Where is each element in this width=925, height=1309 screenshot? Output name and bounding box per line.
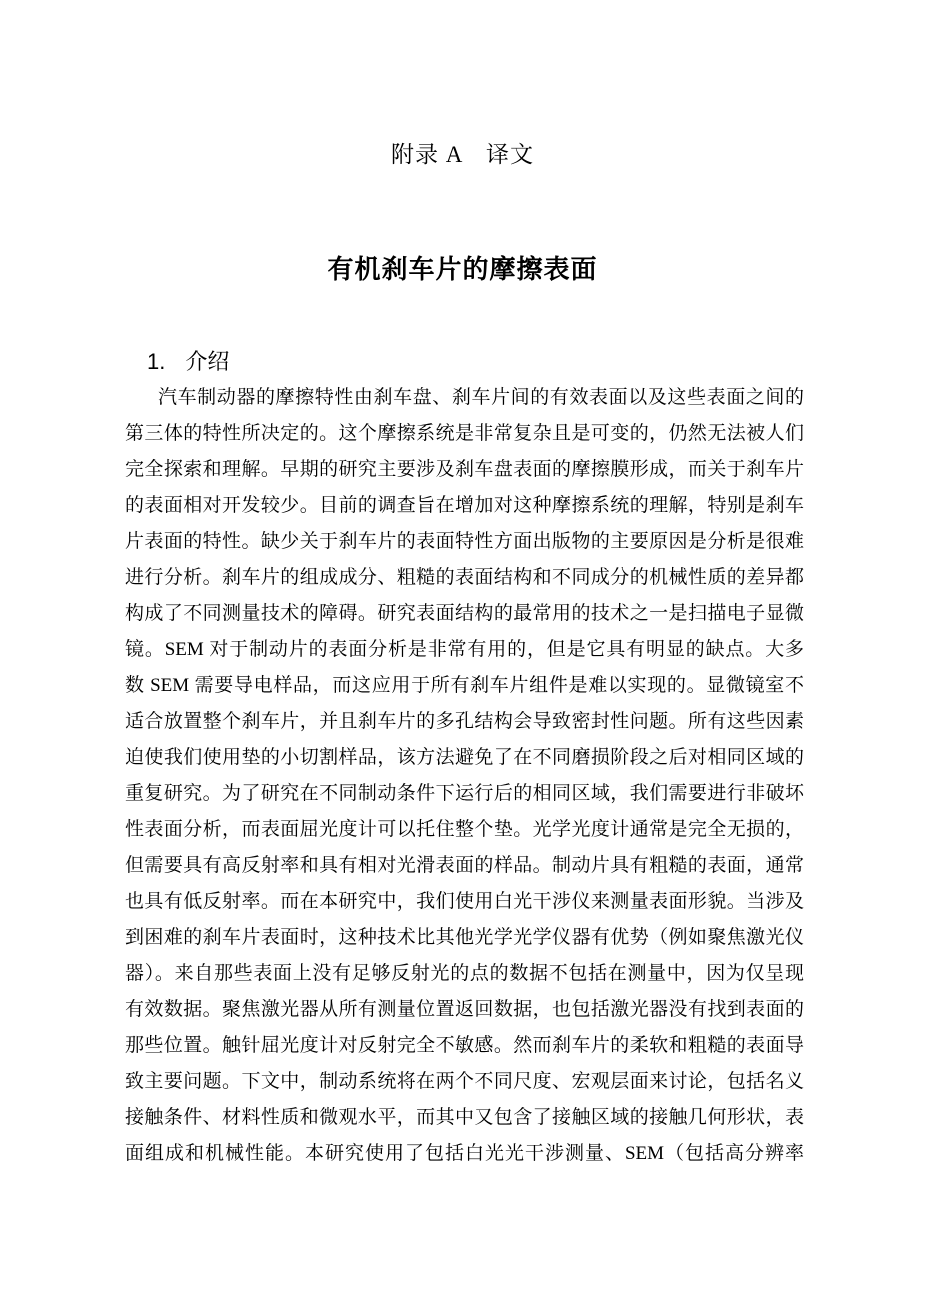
paragraph-line: 完全探索和理解。早期的研究主要涉及刹车盘表面的摩擦膜形成，而关于刹车片 (125, 452, 804, 488)
paragraph-line: 致主要问题。下文中，制动系统将在两个不同尺度、宏观层面来讨论，包括名义 (125, 1064, 804, 1100)
paragraph-line: 第三体的特性所决定的。这个摩擦系统是非常复杂且是可变的，仍然无法被人们 (125, 416, 804, 452)
paragraph-line: 但需要具有高反射率和具有相对光滑表面的样品。制动片具有粗糙的表面，通常 (125, 848, 804, 884)
article-title: 有机刹车片的摩擦表面 (0, 249, 925, 286)
appendix-title: 附录 A 译文 (0, 136, 925, 169)
section-title: 介绍 (185, 349, 229, 374)
paragraph-line: 器）。来自那些表面上没有足够反射光的点的数据不包括在测量中，因为仅呈现 (125, 956, 804, 992)
section-number: 1. (147, 349, 165, 374)
paragraph-line: 有效数据。聚焦激光器从所有测量位置返回数据，也包括激光器没有找到表面的 (125, 992, 804, 1028)
paragraph-line: 重复研究。为了研究在不同制动条件下运行后的相同区域，我们需要进行非破坏 (125, 776, 804, 812)
paragraph: 汽车制动器的摩擦特性由刹车盘、刹车片间的有效表面以及这些表面之间的第三体的特性所… (125, 380, 804, 1172)
paragraph-line: 接触条件、材料性质和微观水平，而其中又包含了接触区域的接触几何形状，表 (125, 1100, 804, 1136)
paragraph-line: 那些位置。触针屈光度计对反射完全不敏感。然而刹车片的柔软和粗糙的表面导 (125, 1028, 804, 1064)
paragraph-line: 到困难的刹车片表面时，这种技术比其他光学光学仪器有优势（例如聚焦激光仪 (125, 920, 804, 956)
paragraph-line: 面组成和机械性能。本研究使用了包括白光光干涉测量、SEM（包括高分辨率 (125, 1136, 804, 1172)
paragraph-line: 进行分析。刹车片的组成成分、粗糙的表面结构和不同成分的机械性质的差异都 (125, 560, 804, 596)
section-heading: 1.介绍 (147, 345, 229, 376)
paragraph-line: 镜。SEM 对于制动片的表面分析是非常有用的，但是它具有明显的缺点。大多 (125, 632, 804, 668)
paragraph-line: 也具有低反射率。而在本研究中，我们使用白光干涉仪来测量表面形貌。当涉及 (125, 884, 804, 920)
paragraph-line: 性表面分析，而表面屈光度计可以托住整个垫。光学光度计通常是完全无损的， (125, 812, 804, 848)
document-page: 附录 A 译文 有机刹车片的摩擦表面 1.介绍 汽车制动器的摩擦特性由刹车盘、刹… (0, 0, 925, 1309)
paragraph-line: 适合放置整个刹车片，并且刹车片的多孔结构会导致密封性问题。所有这些因素 (125, 704, 804, 740)
paragraph-line: 构成了不同测量技术的障碍。研究表面结构的最常用的技术之一是扫描电子显微 (125, 596, 804, 632)
paragraph-line: 数 SEM 需要导电样品，而这应用于所有刹车片组件是难以实现的。显微镜室不 (125, 668, 804, 704)
paragraph-line: 的表面相对开发较少。目前的调查旨在增加对这种摩擦系统的理解，特别是刹车 (125, 488, 804, 524)
paragraph-line: 片表面的特性。缺少关于刹车片的表面特性方面出版物的主要原因是分析是很难 (125, 524, 804, 560)
paragraph-line: 汽车制动器的摩擦特性由刹车盘、刹车片间的有效表面以及这些表面之间的 (125, 380, 804, 416)
paragraph-line: 迫使我们使用垫的小切割样品，该方法避免了在不同磨损阶段之后对相同区域的 (125, 740, 804, 776)
